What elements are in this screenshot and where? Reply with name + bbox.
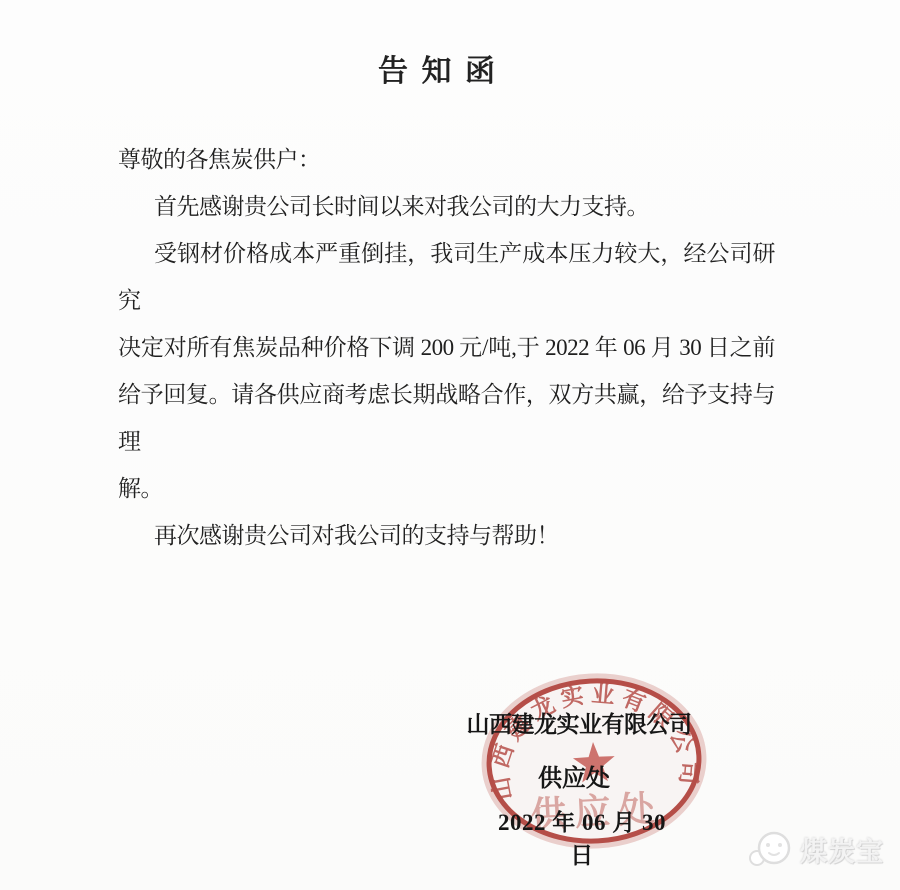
signature-company-name: 山西建龙实业有限公司 [466, 706, 692, 739]
brand-watermark: 煤炭宝 [747, 828, 884, 870]
body-line-2: 受钢材价格成本严重倒挂，我司生产成本压力较大，经公司研究 [118, 230, 775, 324]
body-line-5: 解。 [118, 465, 775, 512]
mascot-icon [747, 828, 793, 870]
document-title: 告 知 函 [0, 46, 876, 90]
signature-date: 2022 年 06 月 30 日 [490, 804, 674, 870]
letter-body: 尊敬的各焦炭供户： 首先感谢贵公司长时间以来对我公司的大力支持。 受钢材价格成本… [118, 136, 775, 559]
signature-department: 供应处 [528, 758, 620, 793]
letter-page: 告 知 函 尊敬的各焦炭供户： 首先感谢贵公司长时间以来对我公司的大力支持。 受… [0, 0, 900, 890]
body-line-6: 再次感谢贵公司对我公司的支持与帮助！ [118, 512, 775, 559]
body-line-3: 决定对所有焦炭品种价格下调 200 元/吨,于 2022 年 06 月 30 日… [118, 324, 775, 371]
body-line-4: 给予回复。请各供应商考虑长期战略合作，双方共赢，给予支持与理 [118, 371, 775, 465]
body-line-1: 首先感谢贵公司长时间以来对我公司的大力支持。 [118, 183, 775, 230]
watermark-brand-text: 煤炭宝 [800, 830, 884, 869]
salutation: 尊敬的各焦炭供户： [118, 136, 775, 183]
